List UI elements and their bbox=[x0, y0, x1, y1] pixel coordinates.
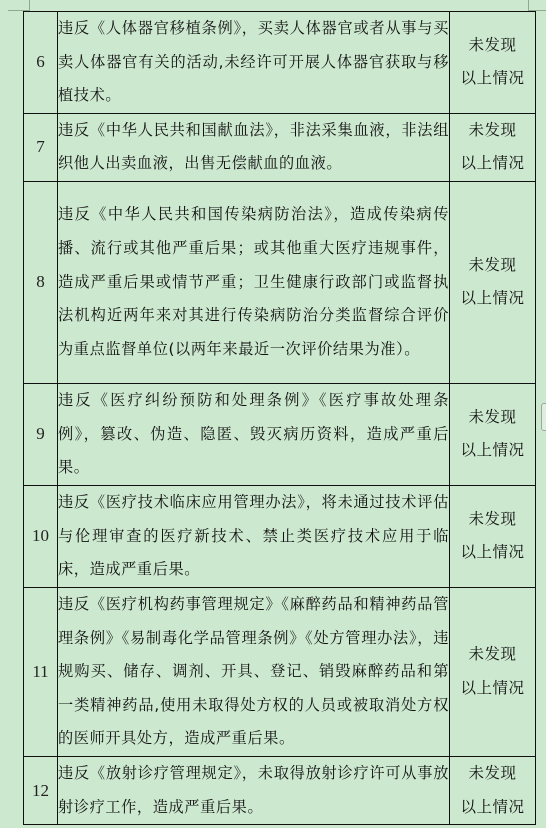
inspection-result: 未发现 以上情况 bbox=[450, 587, 536, 756]
row-number: 6 bbox=[24, 12, 58, 114]
result-line: 未发现 bbox=[450, 401, 535, 435]
table-row: 11 违反《医疗机构药事管理规定》《麻醉药品和精神药品管理条例》《易制毒化学品管… bbox=[24, 587, 536, 756]
inspection-result: 未发现 以上情况 bbox=[450, 756, 536, 824]
table-row: 10 违反《医疗技术临床应用管理办法》，将未通过技术评估与伦理审查的医疗新技术、… bbox=[24, 485, 536, 587]
violation-description: 违反《医疗纠纷预防和处理条例》《医疗事故处理条例》，篡改、伪造、隐匿、毁灭病历资… bbox=[58, 383, 450, 485]
table-row: 6 违反《人体器官移植条例》，买卖人体器官或者从事与买卖人体器官有关的活动,未经… bbox=[24, 12, 536, 114]
row-number: 12 bbox=[24, 756, 58, 824]
result-line: 以上情况 bbox=[450, 672, 535, 706]
row-number: 8 bbox=[24, 181, 58, 383]
inspection-result: 未发现 以上情况 bbox=[450, 181, 536, 383]
row-number: 11 bbox=[24, 587, 58, 756]
result-line: 以上情况 bbox=[450, 62, 535, 96]
row-number: 9 bbox=[24, 383, 58, 485]
result-line: 以上情况 bbox=[450, 791, 535, 825]
regulation-violation-table: 6 违反《人体器官移植条例》，买卖人体器官或者从事与买卖人体器官有关的活动,未经… bbox=[23, 11, 536, 825]
result-line: 以上情况 bbox=[450, 147, 535, 181]
inspection-result: 未发现 以上情况 bbox=[450, 383, 536, 485]
result-line: 未发现 bbox=[450, 29, 535, 63]
result-line: 未发现 bbox=[450, 249, 535, 283]
table-row: 8 违反《中华人民共和国传染病防治法》，造成传染病传播、流行或其他严重后果；或其… bbox=[24, 181, 536, 383]
inspection-result: 未发现 以上情况 bbox=[450, 485, 536, 587]
result-line: 以上情况 bbox=[450, 536, 535, 570]
inspection-result: 未发现 以上情况 bbox=[450, 12, 536, 114]
result-line: 未发现 bbox=[450, 114, 535, 148]
result-line: 未发现 bbox=[450, 503, 535, 537]
result-line: 未发现 bbox=[450, 757, 535, 791]
violation-description: 违反《人体器官移植条例》，买卖人体器官或者从事与买卖人体器官有关的活动,未经许可… bbox=[58, 12, 450, 114]
result-line: 未发现 bbox=[450, 638, 535, 672]
table-row: 7 违反《中华人民共和国献血法》，非法采集血液，非法组织他人出卖血液，出售无偿献… bbox=[24, 113, 536, 181]
violation-description: 违反《医疗机构药事管理规定》《麻醉药品和精神药品管理条例》《易制毒化学品管理条例… bbox=[58, 587, 450, 756]
violation-description: 违反《中华人民共和国传染病防治法》，造成传染病传播、流行或其他严重后果；或其他重… bbox=[58, 181, 450, 383]
violation-description: 违反《放射诊疗管理规定》，未取得放射诊疗许可从事放射诊疗工作，造成严重后果。 bbox=[58, 756, 450, 824]
result-line: 以上情况 bbox=[450, 282, 535, 316]
side-panel-handle[interactable] bbox=[541, 403, 546, 431]
violation-description: 违反《医疗技术临床应用管理办法》，将未通过技术评估与伦理审查的医疗新技术、禁止类… bbox=[58, 485, 450, 587]
result-line: 以上情况 bbox=[450, 434, 535, 468]
table-row: 9 违反《医疗纠纷预防和处理条例》《医疗事故处理条例》，篡改、伪造、隐匿、毁灭病… bbox=[24, 383, 536, 485]
violation-description: 违反《中华人民共和国献血法》，非法采集血液，非法组织他人出卖血液，出售无偿献血的… bbox=[58, 113, 450, 181]
row-number: 10 bbox=[24, 485, 58, 587]
table-row: 12 违反《放射诊疗管理规定》，未取得放射诊疗许可从事放射诊疗工作，造成严重后果… bbox=[24, 756, 536, 824]
inspection-result: 未发现 以上情况 bbox=[450, 113, 536, 181]
row-number: 7 bbox=[24, 113, 58, 181]
